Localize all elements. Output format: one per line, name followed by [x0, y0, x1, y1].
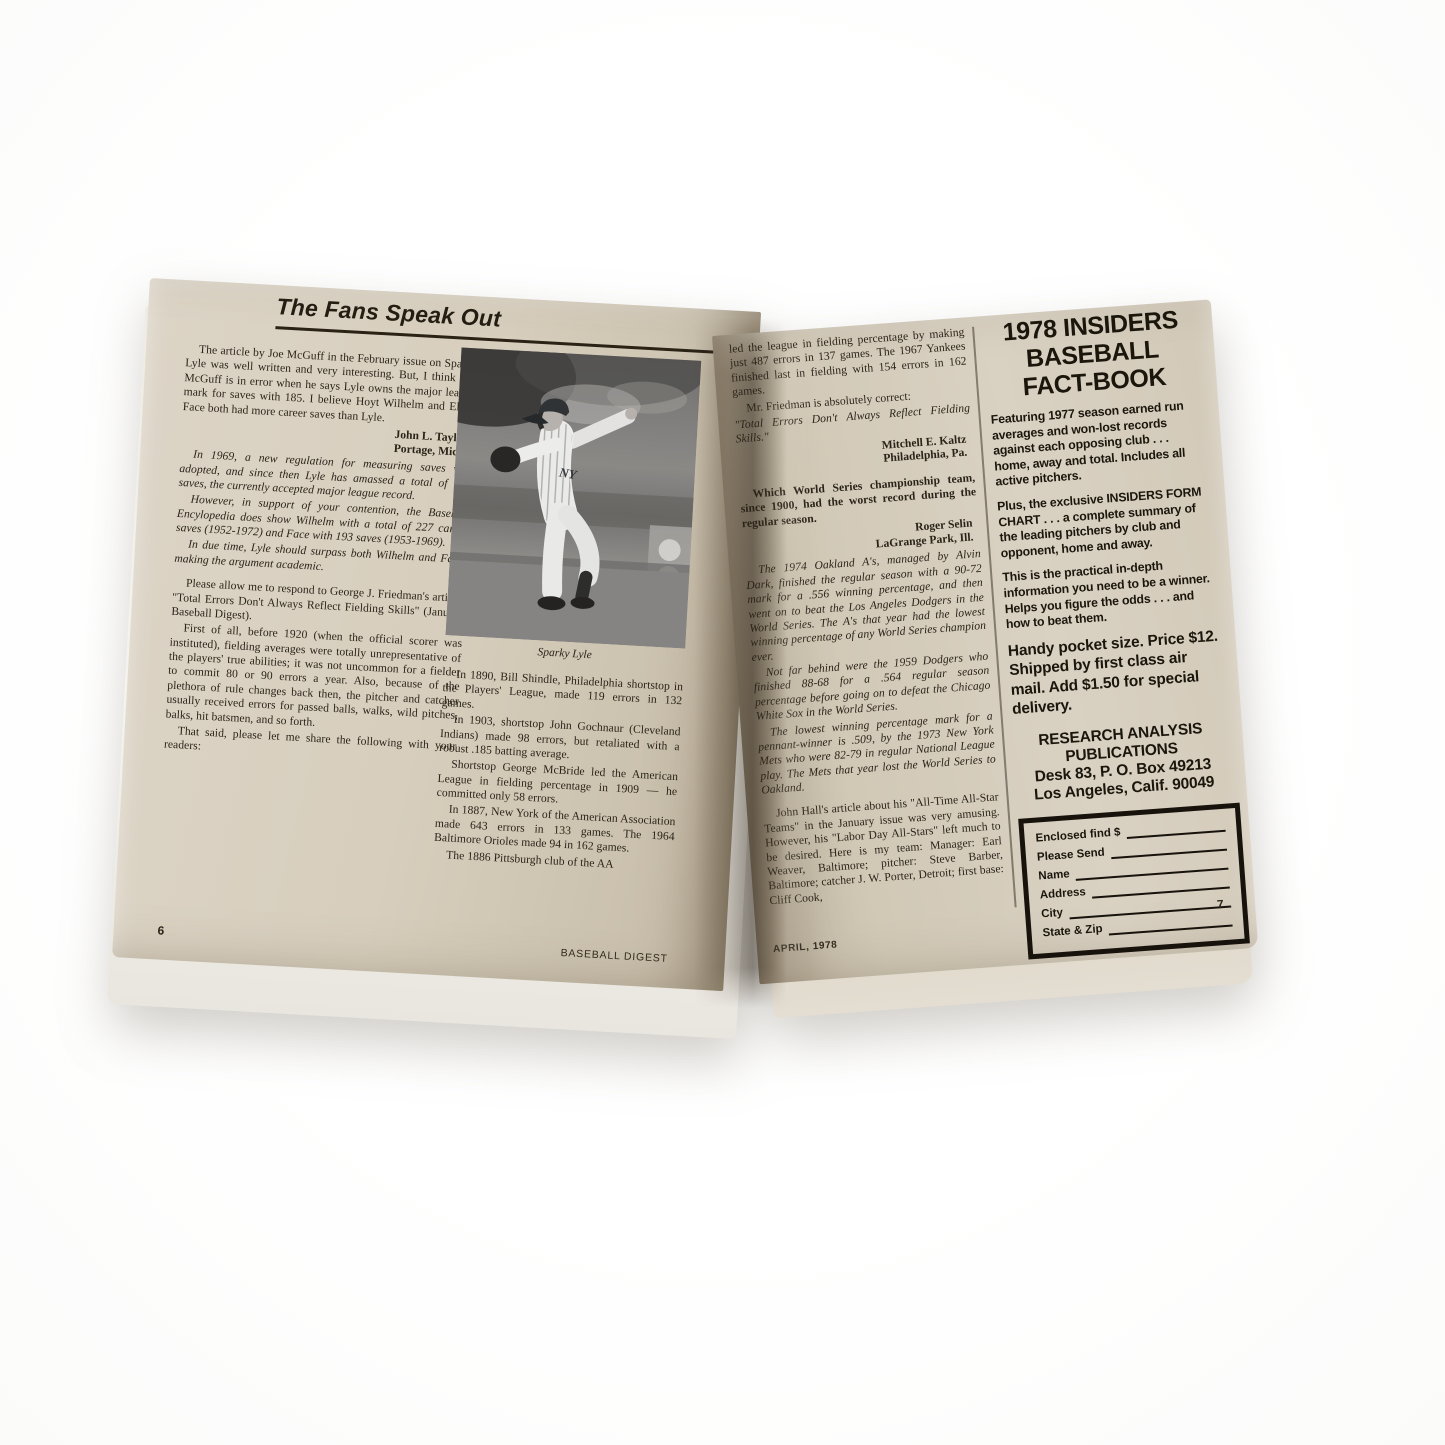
left-page-column-1: The article by Joe McGuff in the Februar…	[163, 342, 478, 770]
coupon-field-label: Enclosed find $	[1035, 827, 1121, 846]
baseball-pitcher-photo: NY	[446, 348, 702, 649]
coupon-field-label: City	[1041, 907, 1064, 921]
photo-backdrop: The Fans Speak Out The article by Joe Mc…	[0, 0, 1445, 1445]
order-coupon: Enclosed find $ Please Send Name Address	[1018, 802, 1250, 959]
coupon-blank-line	[1108, 913, 1233, 935]
fact-book-advertisement: 1978 INSIDERS BASEBALL FACT-BOOK Featuri…	[984, 305, 1242, 960]
editor-reply: The 1974 Oakland A's, managed by Alvin D…	[745, 547, 988, 665]
magazine-footer: BASEBALL DIGEST	[428, 941, 668, 965]
issue-date-footer: APRIL, 1978	[773, 940, 838, 955]
section-title: The Fans Speak Out	[276, 295, 502, 331]
publisher-block: RESEARCH ANALYSIS PUBLICATIONS Desk 83, …	[1014, 718, 1231, 805]
letter-paragraph: The article by Joe McGuff in the Februar…	[182, 342, 478, 430]
coupon-field-label: Name	[1038, 868, 1070, 883]
sparky-lyle-photo: NY Sparky Lyle	[444, 348, 701, 667]
coupon-field-label: Please Send	[1037, 847, 1106, 865]
left-page-column-2: In 1890, Bill Shindle, Philadelphia shor…	[433, 667, 684, 877]
right-page: led the league in fielding percentage by…	[712, 299, 1258, 984]
coupon-blank-line	[1126, 819, 1226, 839]
ad-price-paragraph: Handy pocket size. Price $12. Shipped by…	[1007, 627, 1224, 720]
page-number: 7	[1217, 898, 1225, 910]
ad-paragraph: This is the practical in-depth informati…	[1002, 555, 1218, 633]
right-page-column-1: led the league in fielding percentage by…	[729, 326, 1006, 911]
left-page: The Fans Speak Out The article by Joe Mc…	[112, 278, 761, 991]
coupon-blank-line	[1110, 838, 1227, 859]
coupon-field-label: State & Zip	[1042, 923, 1103, 940]
ad-paragraph: Featuring 1977 season earned run average…	[990, 397, 1207, 490]
magazine-spread: The Fans Speak Out The article by Joe Mc…	[0, 0, 1445, 1445]
coupon-field-label: Address	[1039, 886, 1086, 902]
letter-paragraph: John Hall's article about his "All-Time …	[763, 791, 1006, 909]
page-number: 6	[157, 924, 164, 936]
ad-paragraph: Plus, the exclusive INSIDERS FORM CHART …	[997, 484, 1213, 562]
letter-paragraph: First of all, before 1920 (when the offi…	[165, 621, 462, 738]
